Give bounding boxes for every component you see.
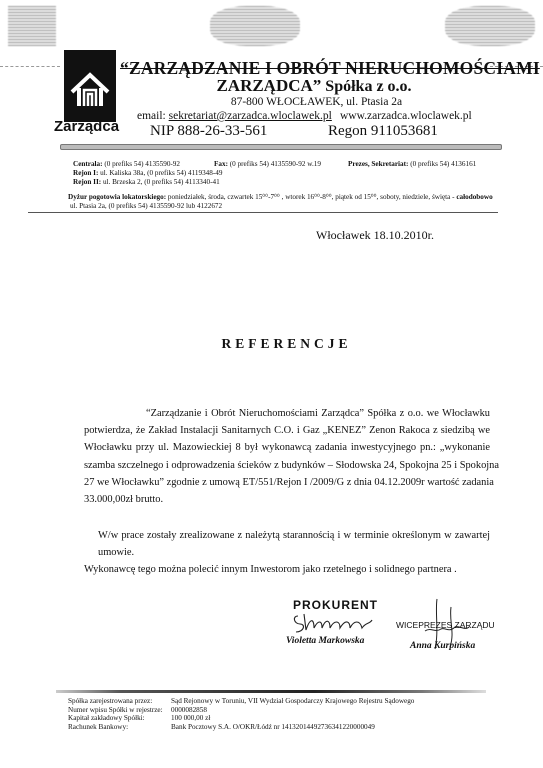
paragraph-line: 27 we Włocławku” zgodnie z umową ET/551/… (84, 474, 490, 491)
dyzur-value: poniedziałek, środa, czwartek 15⁰⁰-7⁰⁰ ,… (166, 193, 456, 201)
paragraph-line: 33.000,00zł brutto. (84, 491, 490, 508)
website-link[interactable]: www.zarzadca.wloclawek.pl (340, 110, 472, 122)
dyzur-bold: całodobowo (456, 193, 492, 201)
footer-label: Rachunek Bankowy: (68, 723, 163, 732)
fax-label: Fax: (214, 160, 228, 168)
nip-number: NIP 888-26-33-561 (150, 123, 267, 140)
footer-value: 0000082858 (171, 706, 414, 715)
signature-right-title: WICEPREZES ZARZĄDU (396, 620, 495, 630)
contact-centrala: Centrala: (0 prefiks 54) 4135590-92 (73, 160, 180, 169)
paragraph-text: W/w prace zostały zrealizowane z należyt… (84, 527, 490, 561)
footer-values: Sąd Rejonowy w Toruniu, VII Wydział Gosp… (171, 697, 414, 731)
footer-value: 100 000,00 zł (171, 714, 414, 723)
centrala-label: Centrala: (73, 160, 103, 168)
margin-dash (0, 66, 60, 68)
company-legal-form: Spółka z o.o. (321, 78, 411, 95)
prezes-value: (0 prefiks 54) 4136161 (408, 160, 476, 168)
email-link[interactable]: sekretariat@zarzadca.wloclawek.pl (169, 110, 332, 122)
signature-left-name: Violetta Markowska (286, 636, 364, 646)
fax-value: (0 prefiks 54) 4135590-92 w.19 (228, 160, 321, 168)
footer-separator (56, 690, 486, 693)
document-title: REFERENCJE (0, 336, 543, 352)
signature-right-name: Anna Kurpińska (410, 641, 475, 651)
email-row: email: sekretariat@zarzadca.wloclawek.pl (137, 110, 332, 122)
regon-number: Regon 911053681 (328, 123, 438, 140)
rejon2-label: Rejon II: (73, 178, 101, 186)
contact-dyzur: Dyżur pogotowia lokatorskiego: poniedzia… (68, 193, 493, 202)
contact-rejon2: Rejon II: ul. Brzeska 2, (0 prefiks 54) … (73, 178, 220, 187)
company-address: 87-800 WŁOCŁAWEK, ul. Ptasia 2a (0, 96, 543, 108)
paragraph-line: szamba szczelnego i odprowadzenia ściekó… (84, 457, 490, 474)
letter-date: Włocławek 18.10.2010r. (316, 228, 434, 243)
signature-left-title: PROKURENT (293, 598, 378, 612)
body-paragraph-2: W/w prace zostały zrealizowane z należyt… (84, 527, 490, 561)
dyzur-label: Dyżur pogotowia lokatorskiego: (68, 193, 166, 201)
footer-labels: Spółka zarejestrowana przez: Numer wpisu… (68, 697, 163, 731)
rejon1-value: ul. Kaliska 38a, (0 prefiks 54) 4119348-… (98, 169, 222, 177)
paragraph-line: “Zarządzanie i Obrót Nieruchomościami Za… (84, 405, 490, 422)
signature-left-scrawl (290, 612, 375, 634)
body-paragraph-1: “Zarządzanie i Obrót Nieruchomościami Za… (84, 405, 490, 508)
header-separator (60, 144, 502, 150)
scan-artifact-left (8, 6, 56, 46)
centrala-value: (0 prefiks 54) 4135590-92 (103, 160, 180, 168)
footer-value: Sąd Rejonowy w Toruniu, VII Wydział Gosp… (171, 697, 414, 706)
rejon1-label: Rejon I: (73, 169, 98, 177)
footer-label: Spółka zarejestrowana przez: (68, 697, 163, 706)
email-label: email: (137, 110, 169, 122)
logo-name: Zarządca (54, 118, 119, 135)
rejon2-value: ul. Brzeska 2, (0 prefiks 54) 4113340-41 (101, 178, 220, 186)
paragraph-line: potwierdza, że Zakład Instalacji Sanitar… (84, 422, 490, 439)
paragraph-line: Włocławku przy ul. Mazowieckiej 8 był wy… (84, 439, 490, 456)
contact-separator (28, 212, 498, 213)
scan-artifact-middle (210, 6, 300, 46)
contact-rejon1: Rejon I: ul. Kaliska 38a, (0 prefiks 54)… (73, 169, 222, 178)
prezes-label: Prezes, Sekretariat: (348, 160, 408, 168)
contact-dyzur-line2: ul. Ptasia 2a, (0 prefiks 54) 4135590-92… (70, 202, 222, 211)
footer-label: Numer wpisu Spółki w rejestrze: (68, 706, 163, 715)
company-name-short: ZARZĄDCA” (216, 76, 321, 95)
footer-value: Bank Pocztowy S.A. O/OKR/Łódź nr 1413201… (171, 723, 414, 732)
scan-artifact-right (445, 6, 535, 46)
body-paragraph-3: Wykonawcę tego można polecić innym Inwes… (84, 561, 490, 578)
company-name-line2: ZARZĄDCA” Spółka z o.o. (0, 76, 543, 96)
contact-prezes: Prezes, Sekretariat: (0 prefiks 54) 4136… (348, 160, 476, 169)
footer-label: Kapitał zakładowy Spółki: (68, 714, 163, 723)
contact-fax: Fax: (0 prefiks 54) 4135590-92 w.19 (214, 160, 321, 169)
